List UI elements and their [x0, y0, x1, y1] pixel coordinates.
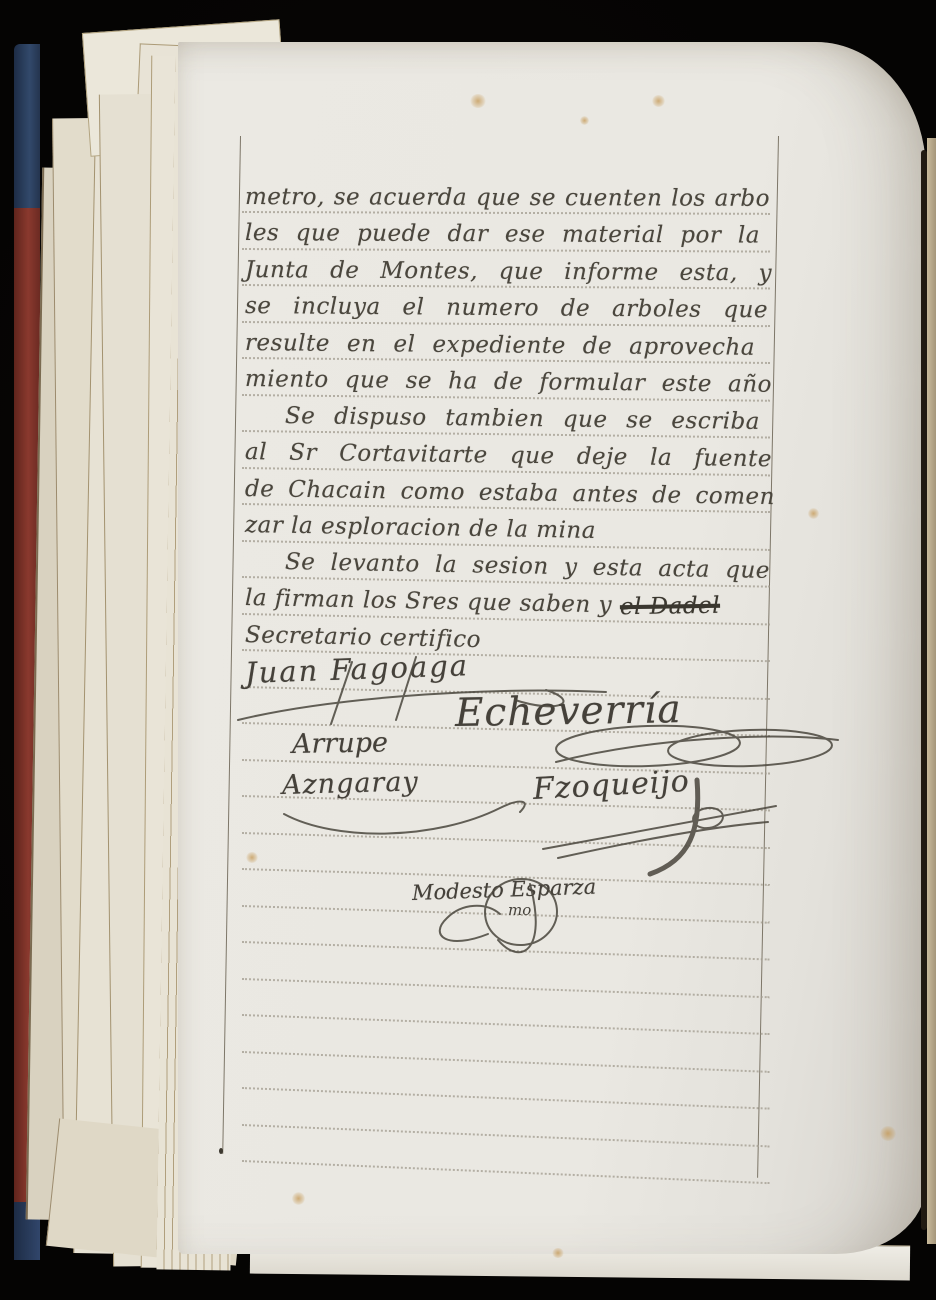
- foxing-spot: [808, 508, 819, 519]
- signature-arrupe: Arrupe: [292, 727, 388, 760]
- handwriting-line: zar la esploracion de la mina: [245, 510, 596, 546]
- handwriting-line: Se dispuso tambien que se escriba: [285, 401, 760, 437]
- handwriting-line: resulte en el expediente de aprovecha: [245, 328, 755, 363]
- handwriting-line: se incluya el numero de arboles que: [245, 291, 768, 325]
- handwriting-line: les que puede dar ese material por la: [245, 218, 760, 251]
- foxing-spot: [652, 95, 665, 107]
- handwriting-line: metro, se acuerda que se cuenten los arb…: [245, 182, 770, 214]
- next-leaf-edge: [927, 138, 936, 1244]
- foxing-spot: [552, 1248, 564, 1258]
- foxing-spot: [246, 852, 258, 863]
- esparza-rubric-initials: mo: [508, 901, 531, 919]
- book-cover-blue-edge-top: [14, 44, 40, 214]
- signature-echeverria: Echeverría: [455, 687, 682, 736]
- foxing-spot: [880, 1126, 896, 1141]
- ink-blot: [219, 1148, 223, 1154]
- book-photograph: metro, se acuerda que se cuenten los arb…: [0, 0, 936, 1300]
- handwriting-text: la firman los Sres que saben y: [245, 585, 613, 618]
- handwriting-line: miento que se ha de formular este año: [245, 364, 772, 400]
- signature-azngaray: Azngaray: [282, 766, 420, 801]
- struck-out-word: el Dadel: [620, 591, 721, 622]
- foxing-spot: [580, 116, 589, 125]
- handwriting-line: Junta de Montes, que informe esta, y: [245, 255, 772, 288]
- foxing-spot: [470, 94, 486, 108]
- foxing-spot: [292, 1192, 305, 1205]
